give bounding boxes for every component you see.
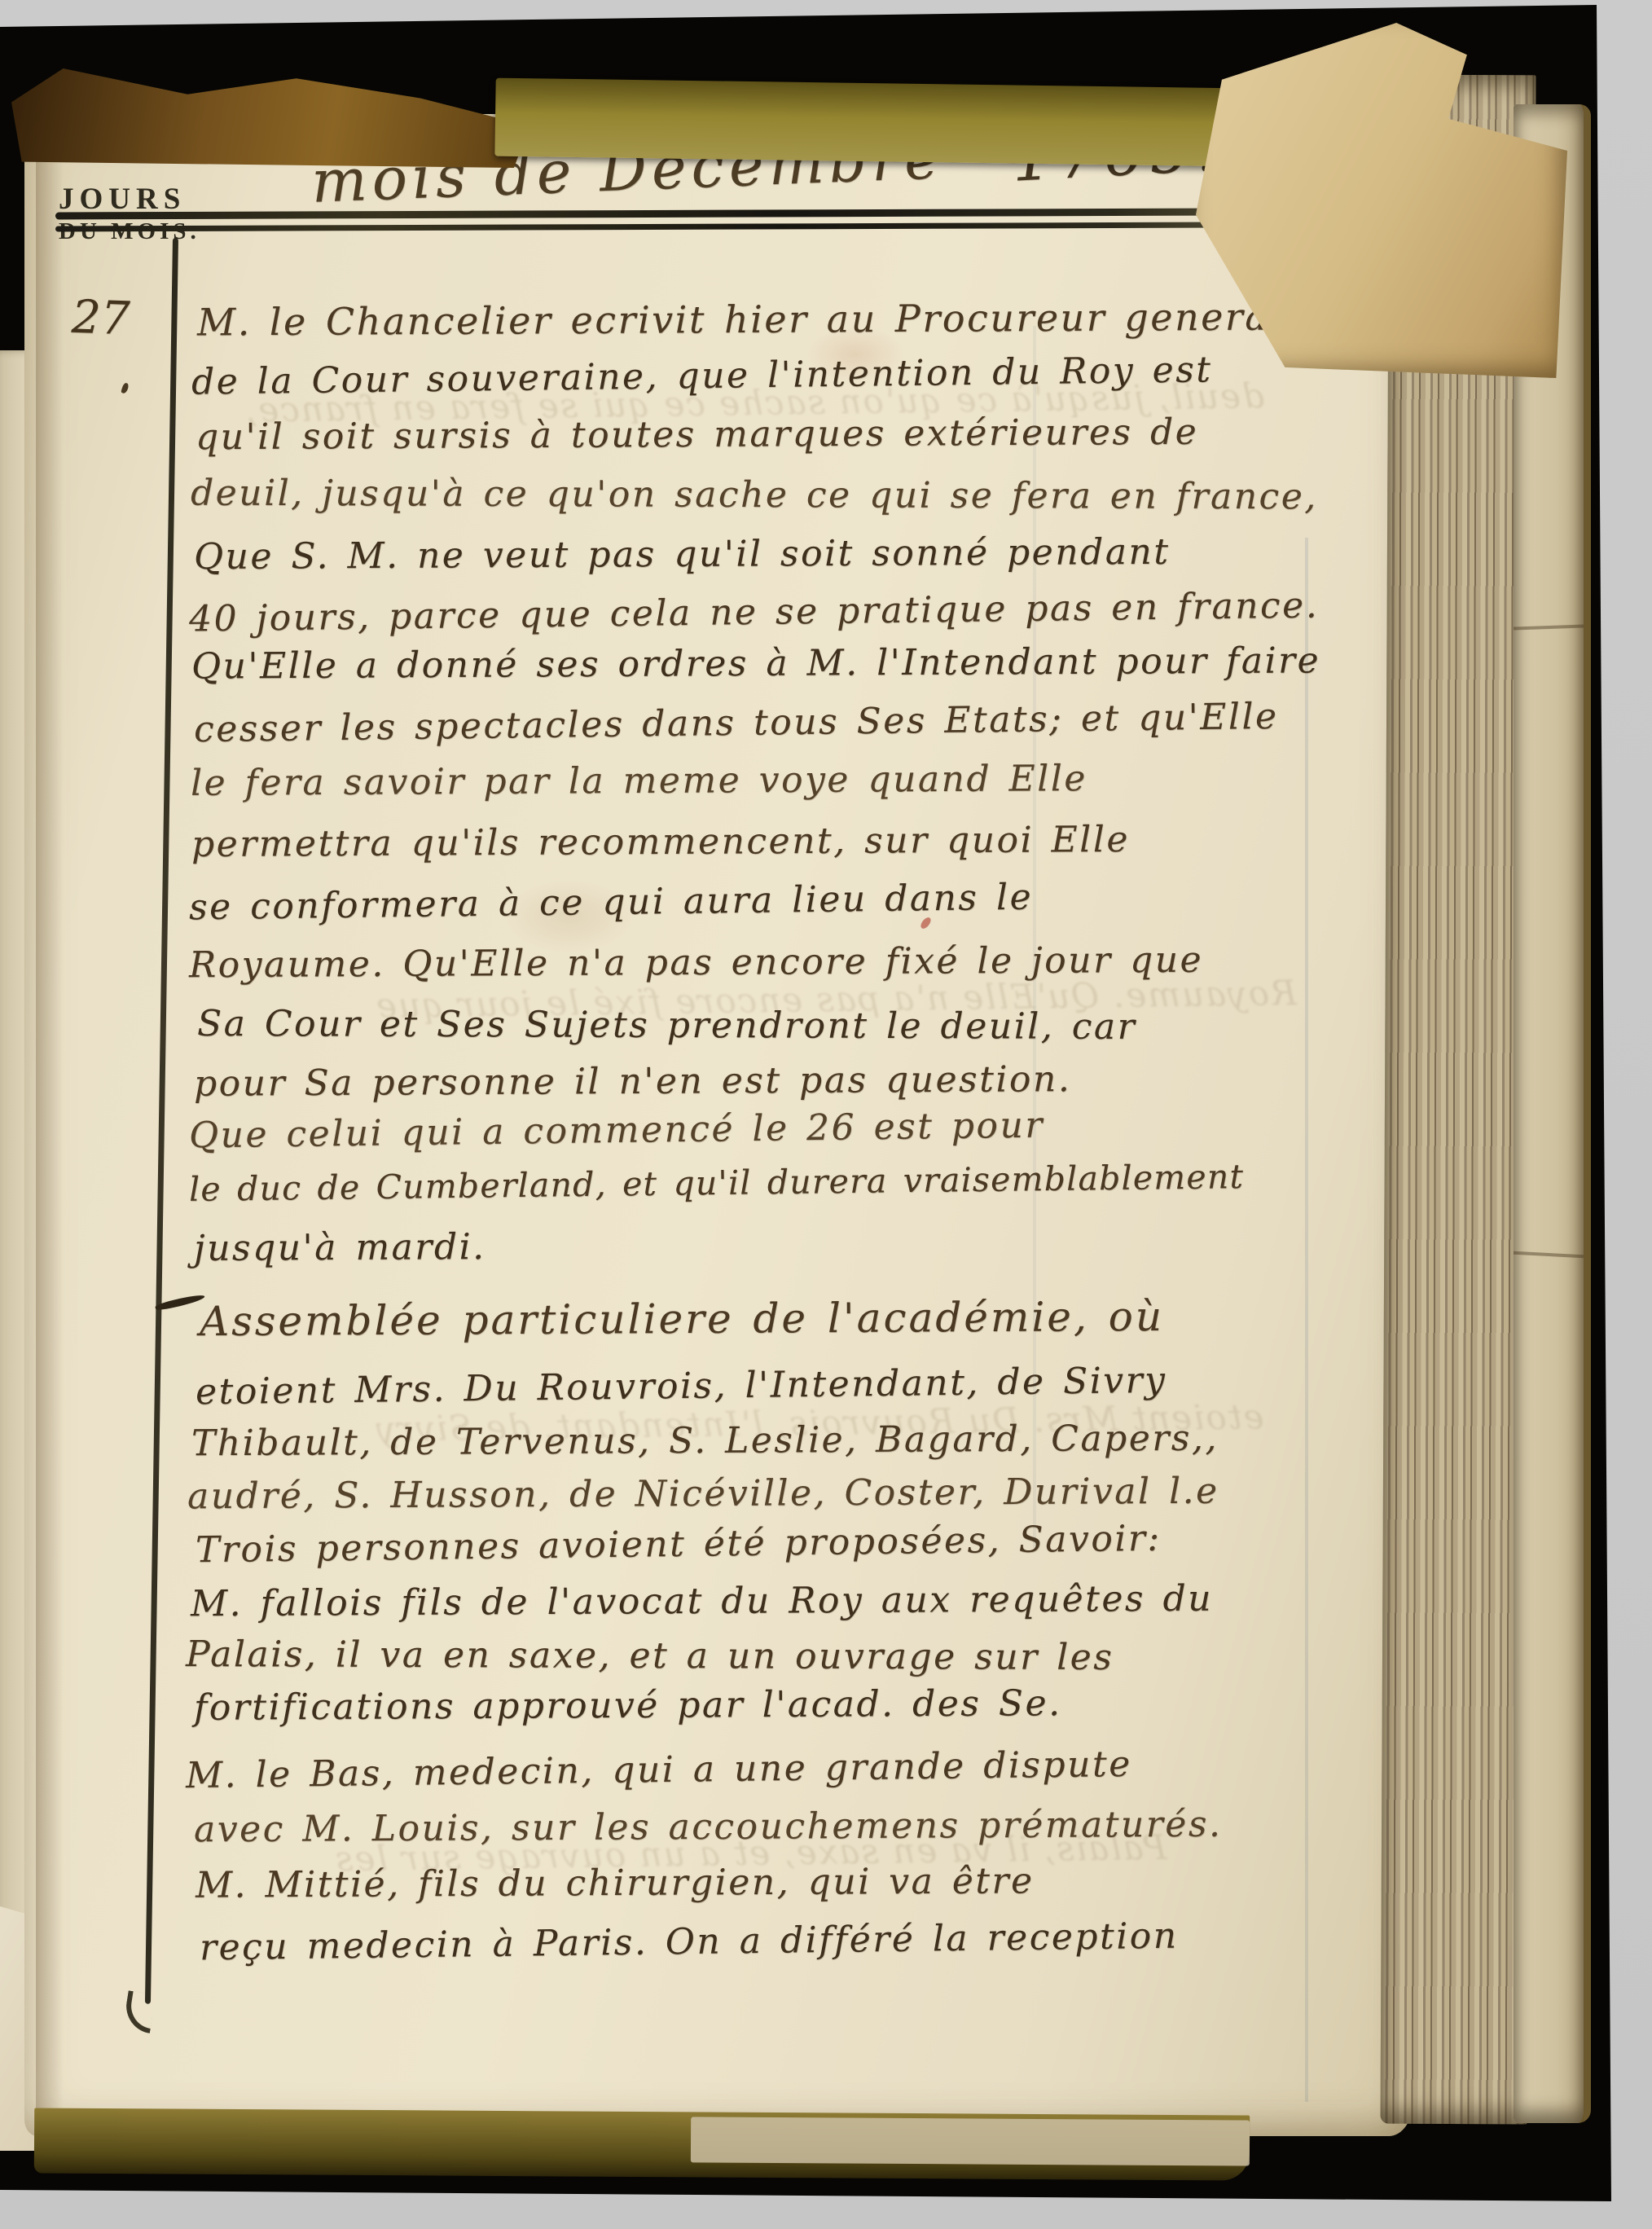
- page-block-bottom-edge: [34, 2108, 1250, 2180]
- manuscript-line: 40 jours, parce que cela ne se pratique …: [189, 585, 1320, 640]
- manuscript-line: Thibault, de Tervenus, S. Leslie, Bagard…: [191, 1418, 1219, 1465]
- manuscript-line: Que celui qui a commencé le 26 est pour: [189, 1105, 1044, 1157]
- manuscript-line: deuil, jusqu'à ce qu'on sache ce qui se …: [191, 473, 1318, 518]
- fore-edge-outer-leaves: [1514, 104, 1591, 2123]
- manuscript-line: Assemblée particuliere de l'académie, où: [200, 1293, 1164, 1345]
- manuscript-line: Royaume. Qu'Elle n'a pas encore fixé le …: [189, 939, 1203, 987]
- manuscript-line: Qu'Elle a donné ses ordres à M. l'Intend…: [191, 640, 1320, 687]
- manuscript-line: audré, S. Husson, de Nicéville, Coster, …: [187, 1471, 1219, 1518]
- fore-edge-crack: [1514, 1251, 1584, 1258]
- manuscript-line: Trois personnes avoient été proposées, S…: [196, 1518, 1162, 1571]
- fore-edge-crack: [1514, 625, 1584, 631]
- margin-day-number: 27: [71, 291, 130, 345]
- manuscript-line: se conformera à ce qui aura lieu dans le: [189, 877, 1034, 929]
- manuscript-line: M. fallois fils de l'avocat du Roy aux r…: [191, 1578, 1213, 1625]
- manuscript-line: Que S. M. ne veut pas qu'il soit sonné p…: [194, 531, 1171, 578]
- manuscript-line: M. le Bas, medecin, qui a une grande dis…: [186, 1743, 1132, 1796]
- manuscript-line: avec M. Louis, sur les accouchemens prém…: [194, 1804, 1223, 1851]
- header-rule-top: [55, 208, 1230, 219]
- manuscript-line: permettra qu'ils recommencent, sur quoi …: [191, 819, 1130, 865]
- header-rule-bottom: [55, 222, 1225, 232]
- manuscript-line: pour Sa personne il n'en est pas questio…: [194, 1058, 1072, 1105]
- manuscript-line: Sa Cour et Ses Sujets prendront le deuil…: [197, 1003, 1136, 1048]
- page-block-top-edge: [494, 78, 1238, 167]
- paragraph-dash: [155, 1293, 205, 1312]
- manuscript-line: cesser les spectacles dans tous Ses Etat…: [194, 696, 1279, 750]
- journal-page: JOURS DU MOIS. mois de Decembre 1765. 10…: [24, 114, 1413, 2136]
- manuscript-line: Palais, il va en saxe, et a un ouvrage s…: [186, 1633, 1114, 1678]
- page-block-bottom-edge-light: [691, 2117, 1250, 2165]
- paper-chain-line: [1305, 538, 1308, 2102]
- manuscript-line: M. Mittié, fils du chirurgien, qui va êt…: [196, 1860, 1035, 1906]
- header-double-rule: [55, 208, 1230, 231]
- margin-day-comma-mark: [121, 382, 130, 394]
- gutter-crease: [36, 114, 64, 2136]
- fore-edge-page-stack: [1381, 75, 1536, 2125]
- manuscript-line: M. le Chancelier ecrivit hier au Procure…: [197, 295, 1284, 345]
- manuscript-line: le duc de Cumberland, et qu'il durera vr…: [189, 1157, 1245, 1209]
- manuscript-line: qu'il soit sursis à toutes marques extér…: [196, 411, 1198, 458]
- manuscript-line: jusqu'à mardi.: [194, 1226, 486, 1269]
- manuscript-line: fortifications approuvé par l'acad. des …: [194, 1682, 1062, 1729]
- scanned-manuscript-page: JOURS DU MOIS. mois de Decembre 1765. 10…: [0, 0, 1652, 2229]
- manuscript-line: reçu medecin à Paris. On a différé la re…: [200, 1915, 1179, 1969]
- margin-rule-tail-hook: [122, 1990, 156, 2033]
- manuscript-line: le fera savoir par la meme voye quand El…: [191, 758, 1087, 804]
- margin-column-rule: [145, 238, 178, 2004]
